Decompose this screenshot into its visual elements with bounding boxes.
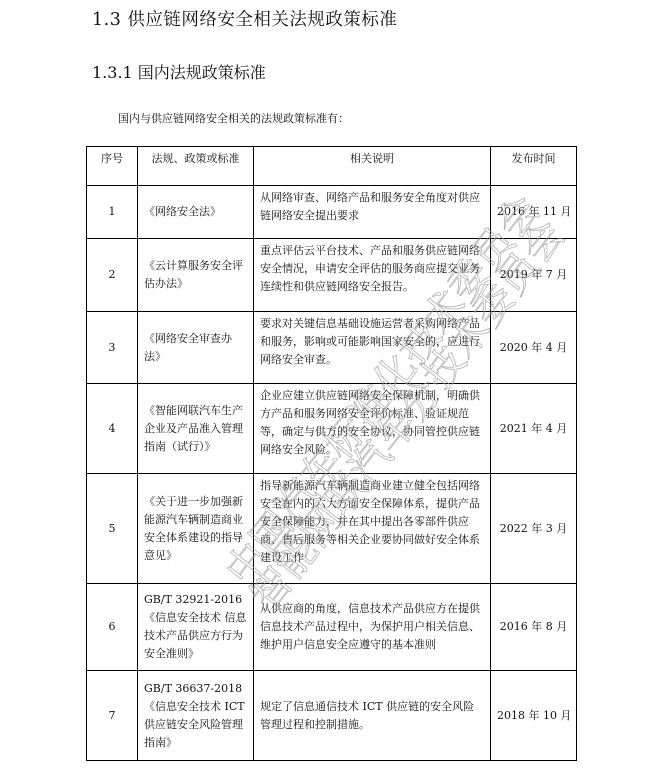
row-description: 指导新能源汽车辆制造商业建立健全包括网络安全在内的六大方面安全保障体系，提供产品…: [254, 474, 491, 584]
table-row: 6 GB/T 32921-2016《信息安全技术 信息技术产品供应方行为安全准则…: [87, 584, 577, 671]
row-date: 2016 年 11 月: [491, 186, 577, 239]
row-law: GB/T 36637-2018《信息安全技术 ICT 供应链安全风险管理指南》: [138, 671, 254, 761]
row-date: 2016 年 8 月: [491, 584, 577, 671]
row-description: 规定了信息通信技术 ICT 供应链的安全风险管理过程和控制措施。: [254, 671, 491, 761]
row-description: 企业应建立供应链网络安全保障机制，明确供方产品和服务网络安全评价标准、验证规范等…: [254, 384, 491, 474]
row-number: 7: [87, 671, 138, 761]
regulations-table: 序号 法规、政策或标准 相关说明 发布时间 1 《网络安全法》 从网络审查、网络…: [86, 146, 577, 761]
row-number: 3: [87, 312, 138, 384]
row-law: 《云计算服务安全评估办法》: [138, 239, 254, 312]
table-row: 3 《网络安全审查办法》 要求对关键信息基础设施运营者采购网络产品和服务，影响或…: [87, 312, 577, 384]
row-law: 《智能网联汽车生产企业及产品准入管理指南（试行）》: [138, 384, 254, 474]
table-row: 1 《网络安全法》 从网络审查、网络产品和服务安全角度对供应链网络安全提出要求 …: [87, 186, 577, 239]
intro-paragraph: 国内与供应链网络安全相关的法规政策标准有：: [118, 110, 349, 126]
row-description: 从供应商的角度，信息技术产品供应方在提供信息技术产品过程中，为保护用户相关信息、…: [254, 584, 491, 671]
row-date: 2018 年 10 月: [491, 671, 577, 761]
row-number: 5: [87, 474, 138, 584]
row-number: 4: [87, 384, 138, 474]
row-date: 2019 年 7 月: [491, 239, 577, 312]
row-description: 重点评估云平台技术、产品和服务供应链网络安全情况，申请安全评估的服务商应提交业务…: [254, 239, 491, 312]
row-number: 6: [87, 584, 138, 671]
row-date: 2021 年 4 月: [491, 384, 577, 474]
row-law: 《网络安全审查办法》: [138, 312, 254, 384]
table-row: 4 《智能网联汽车生产企业及产品准入管理指南（试行）》 企业应建立供应链网络安全…: [87, 384, 577, 474]
row-date: 2020 年 4 月: [491, 312, 577, 384]
table-row: 2 《云计算服务安全评估办法》 重点评估云平台技术、产品和服务供应链网络安全情况…: [87, 239, 577, 312]
row-description: 要求对关键信息基础设施运营者采购网络产品和服务，影响或可能影响国家安全的，应进行…: [254, 312, 491, 384]
table-row: 5 《关于进一步加强新能源汽车辆制造商业安全体系建设的指导意见》 指导新能源汽车…: [87, 474, 577, 584]
header-law: 法规、政策或标准: [138, 147, 254, 186]
row-number: 1: [87, 186, 138, 239]
row-law: 《网络安全法》: [138, 186, 254, 239]
section-heading: 1.3 供应链网络安全相关法规政策标准: [92, 6, 397, 31]
header-description: 相关说明: [254, 147, 491, 186]
table-row: 7 GB/T 36637-2018《信息安全技术 ICT 供应链安全风险管理指南…: [87, 671, 577, 761]
row-date: 2022 年 3 月: [491, 474, 577, 584]
header-number: 序号: [87, 147, 138, 186]
table-header-row: 序号 法规、政策或标准 相关说明 发布时间: [87, 147, 577, 186]
header-date: 发布时间: [491, 147, 577, 186]
row-law: GB/T 32921-2016《信息安全技术 信息技术产品供应方行为安全准则》: [138, 584, 254, 671]
row-law: 《关于进一步加强新能源汽车辆制造商业安全体系建设的指导意见》: [138, 474, 254, 584]
row-description: 从网络审查、网络产品和服务安全角度对供应链网络安全提出要求: [254, 186, 491, 239]
subsection-heading: 1.3.1 国内法规政策标准: [92, 60, 266, 83]
row-number: 2: [87, 239, 138, 312]
